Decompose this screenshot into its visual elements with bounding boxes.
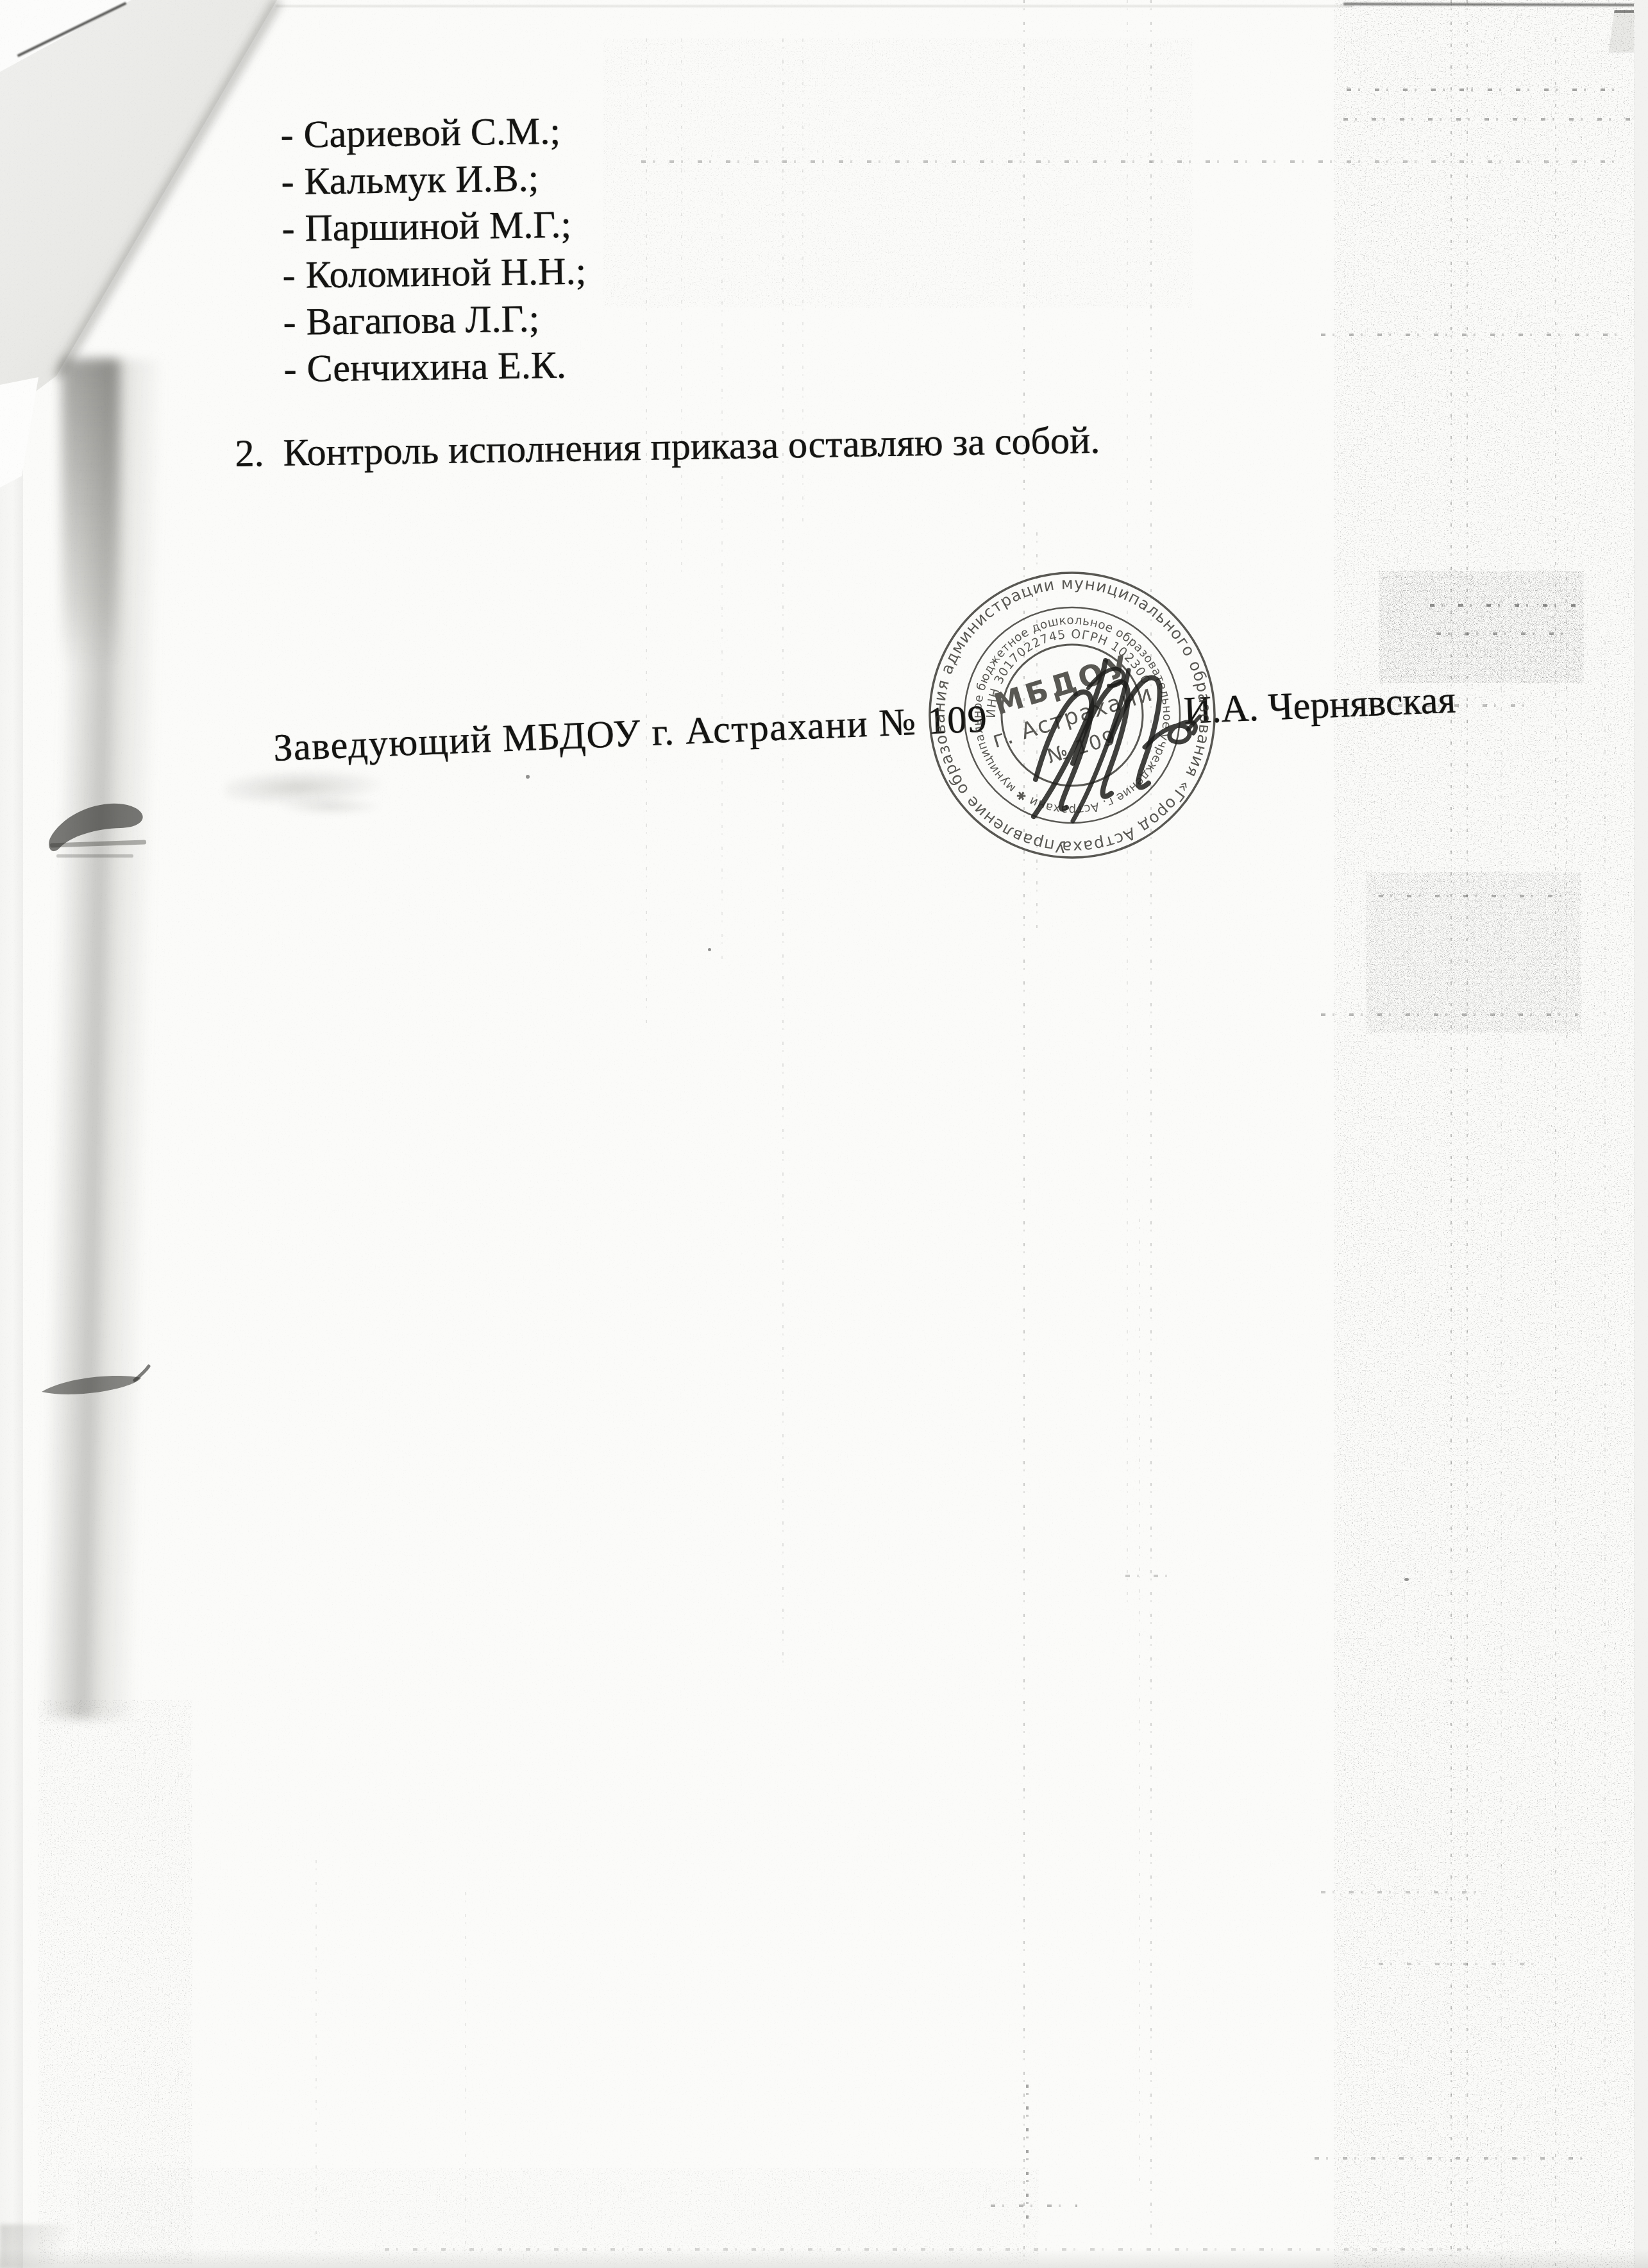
person-name: Сариевой С.М.; [303, 112, 560, 154]
list-item: - Паршиной М.Г.; [282, 205, 586, 256]
list-dash: - [281, 162, 294, 201]
responsible-names-list: - Сариевой С.М.; - Кальмук И.В.; - Парши… [280, 111, 588, 396]
list-item: - Кальмук И.В.; [281, 158, 585, 209]
person-name: Коломиной Н.Н.; [305, 251, 586, 294]
list-item: - Сариевой С.М.; [280, 111, 585, 162]
person-name: Сенчихина Е.К. [307, 346, 566, 388]
list-dash: - [283, 350, 297, 388]
signature-line: Заведующий МБДОУ г. Астрахани № 109 И.А.… [273, 680, 1456, 767]
scanned-document-page: - Сариевой С.М.; - Кальмук И.В.; - Парши… [0, 0, 1648, 2268]
person-name: Вагапова Л.Г.; [306, 299, 539, 341]
handwritten-signature [997, 625, 1215, 843]
list-dash: - [283, 303, 296, 341]
list-item: - Сенчихина Е.К. [283, 345, 588, 396]
clause-text: Контроль исполнения приказа оставляю за … [283, 419, 1100, 474]
list-dash: - [282, 256, 296, 294]
clause-number: 2. [235, 432, 264, 475]
document-body: - Сариевой С.М.; - Кальмук И.В.; - Парши… [0, 0, 1648, 2268]
list-item: - Вагапова Л.Г.; [283, 298, 587, 350]
person-name: Паршиной М.Г.; [305, 205, 571, 248]
order-clause-2: 2.Контроль исполнения приказа оставляю з… [235, 421, 1100, 473]
list-dash: - [282, 209, 295, 248]
person-name: Кальмук И.В.; [304, 158, 539, 200]
signer-title: Заведующий МБДОУ г. Астрахани № 109 [273, 699, 988, 767]
list-item: - Коломиной Н.Н.; [282, 251, 587, 303]
list-dash: - [280, 115, 294, 154]
